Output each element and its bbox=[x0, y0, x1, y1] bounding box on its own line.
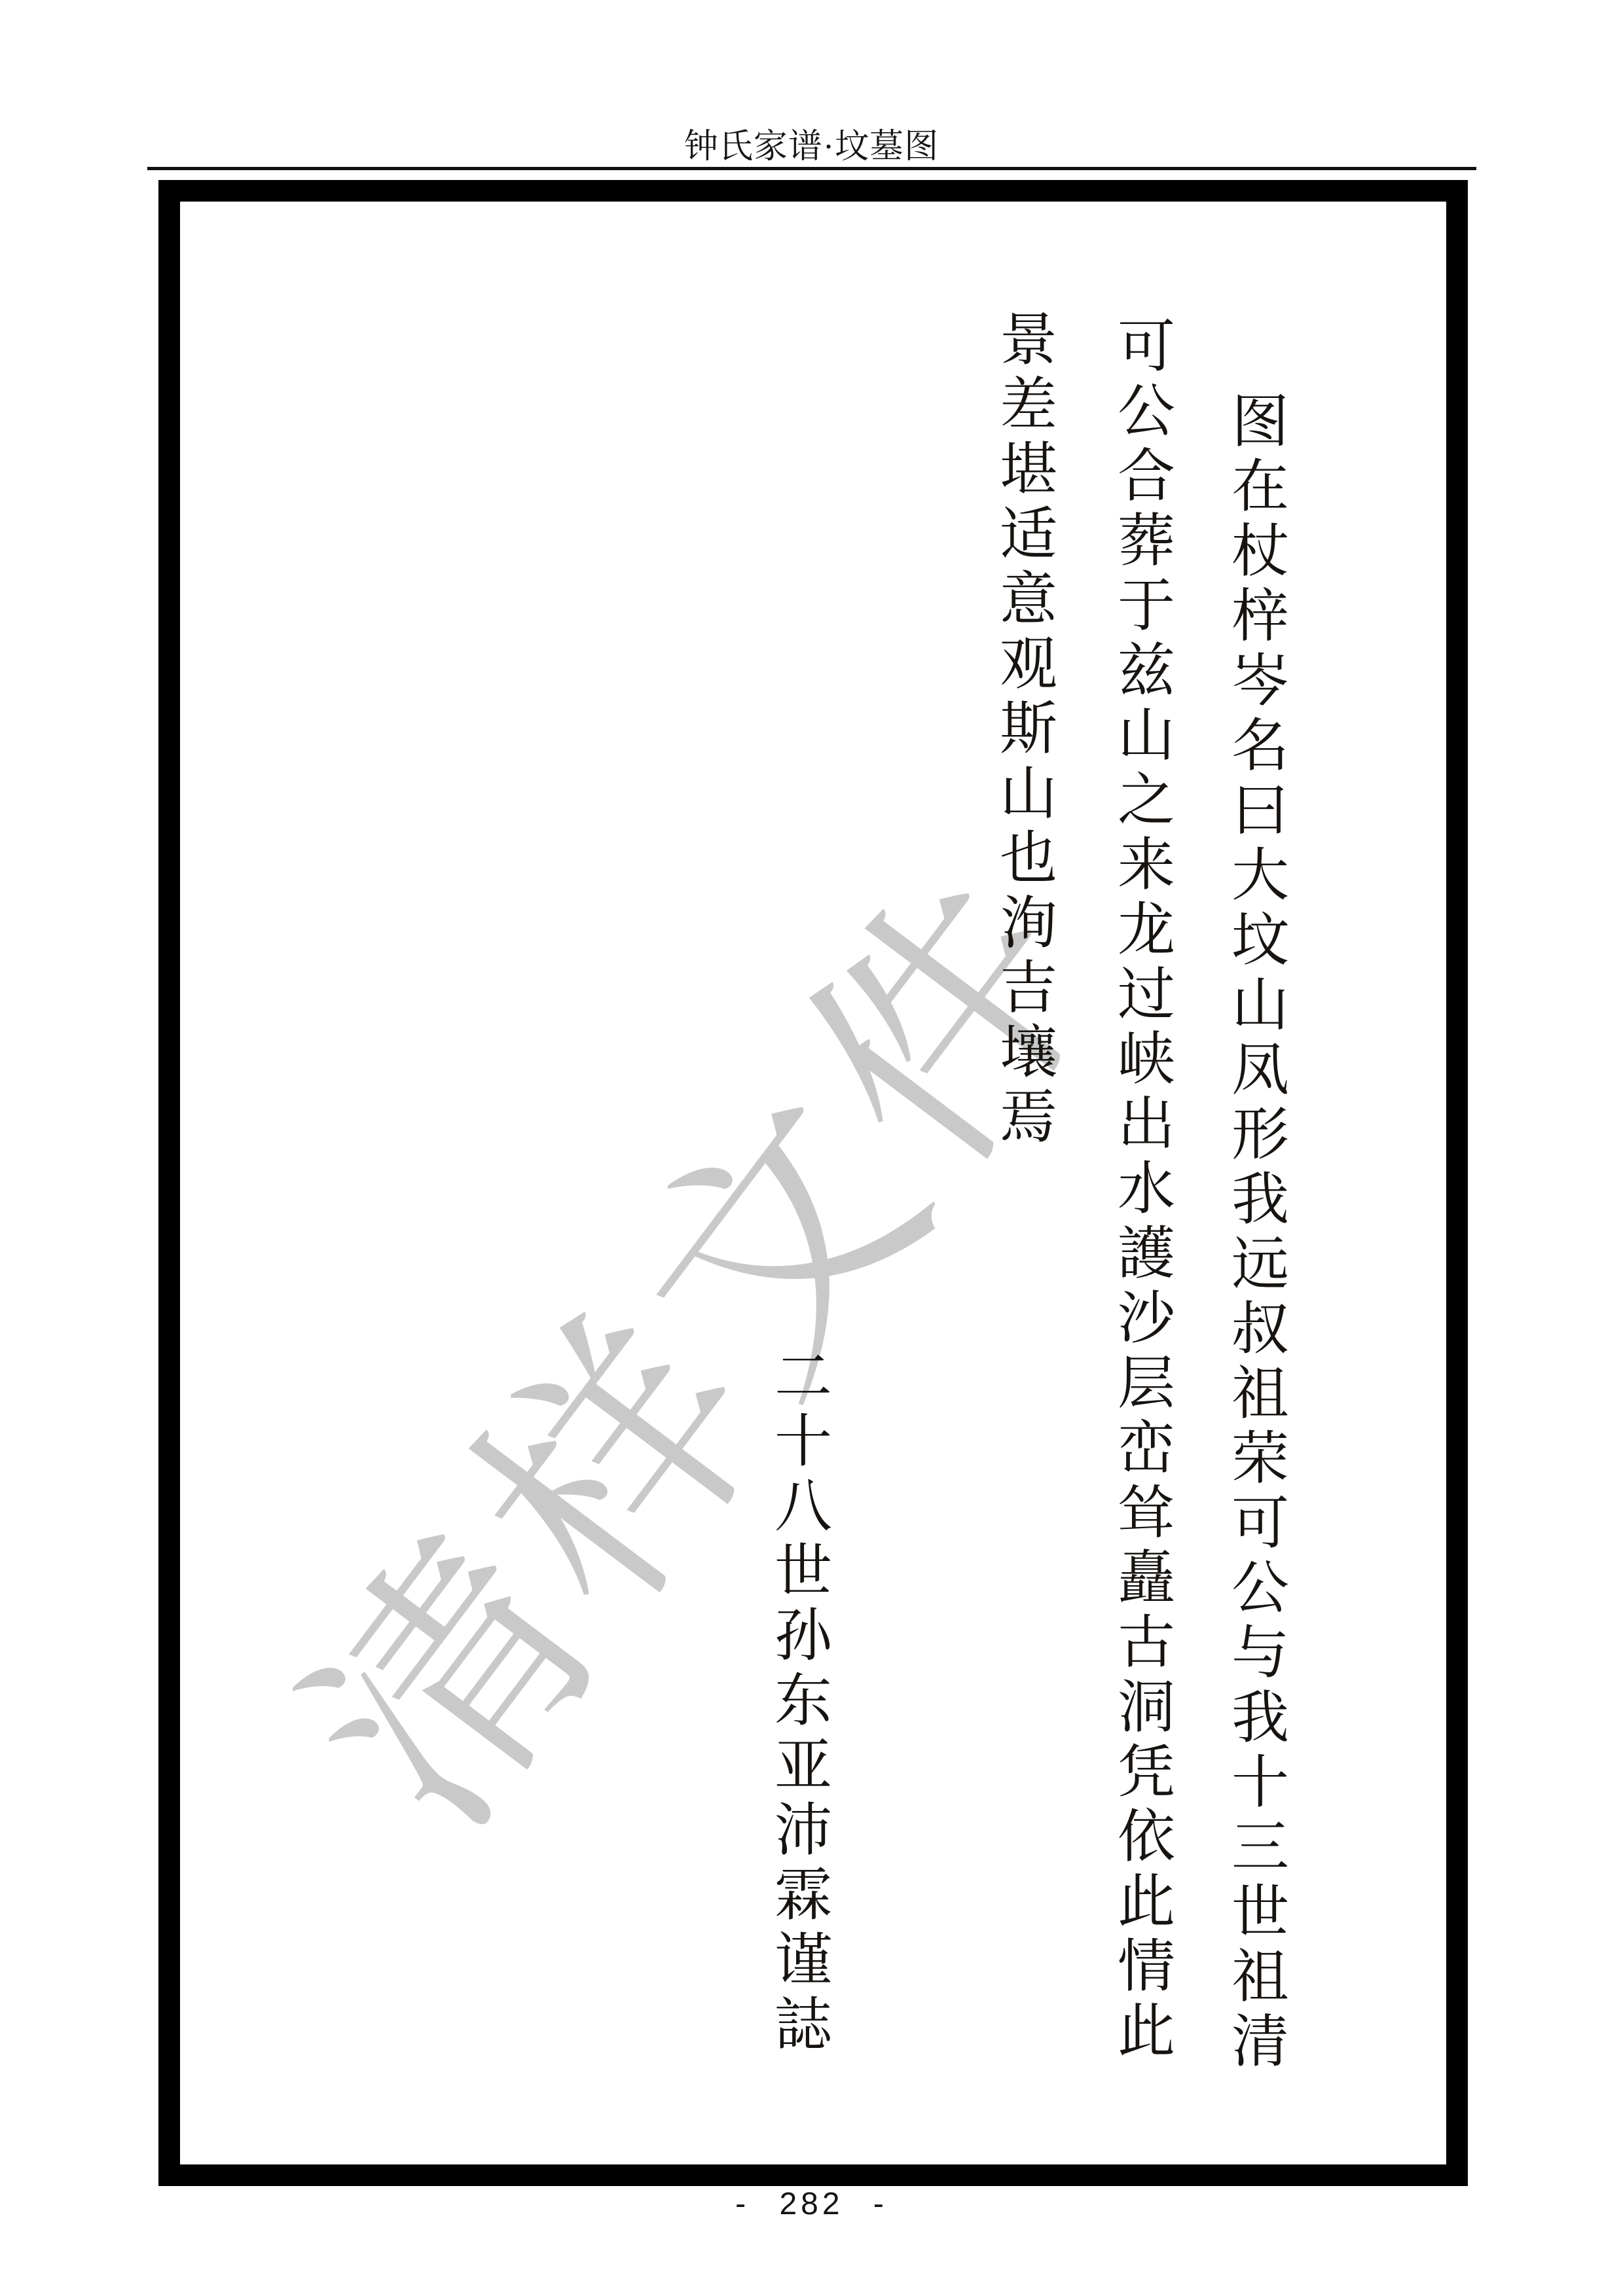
genealogy-page: 钟氏家谱·坟墓图 清样文件 图在杖梓岑名曰大坟山凤形我远叔祖荣可公与我十三世祖清… bbox=[0, 0, 1623, 2296]
text-column-2: 可公合葬于兹山之来龙过峡出水護沙层峦耸矗古洞凭依此情此 bbox=[1112, 315, 1169, 2065]
text-column-3: 景差堪适意观斯山也洵吉壤焉 bbox=[994, 309, 1051, 1151]
text-column-1: 图在杖梓岑名曰大坟山凤形我远叔祖荣可公与我十三世祖清 bbox=[1226, 391, 1283, 2075]
text-column-signature: 二十八世孙东亚沛霖谨誌 bbox=[769, 1346, 826, 2058]
page-number: - 282 - bbox=[0, 2187, 1623, 2222]
page-header-title: 钟氏家谱·坟墓图 bbox=[0, 130, 1623, 166]
header-divider bbox=[147, 167, 1476, 170]
